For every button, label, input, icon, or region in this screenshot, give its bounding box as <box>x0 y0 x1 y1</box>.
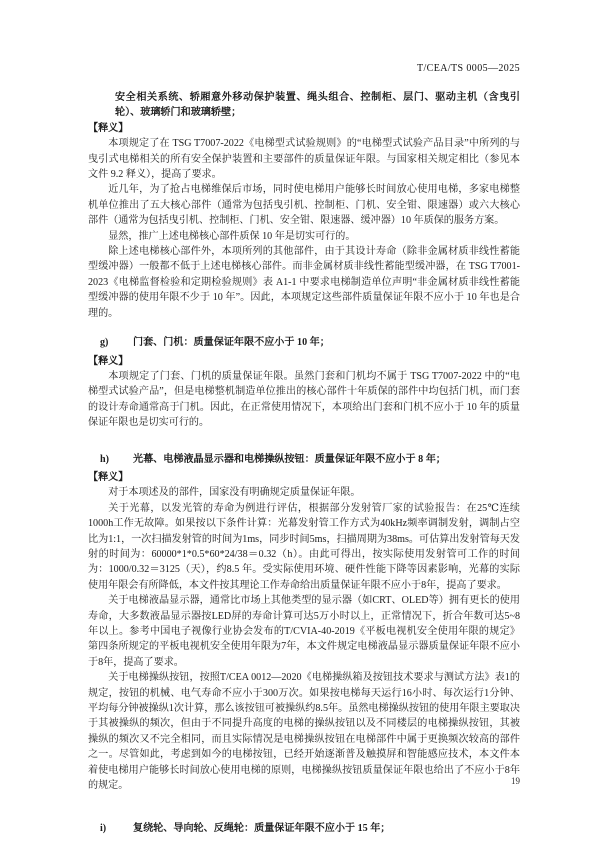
paragraph-lcd-display: 关于电梯液晶显示器，通常比市场上其他类型的显示器（如CRT、OLED等）拥有更长… <box>88 593 520 670</box>
list-item-i-text: 复绕轮、导向轮、反绳轮：质量保证年限不应小于 15 年； <box>133 823 390 834</box>
page-number: 19 <box>511 776 520 786</box>
list-item-i-label: i) <box>100 821 133 836</box>
paragraph-control-buttons: 关于电梯操纵按钮，按照T/CEA 0012—2020《电梯操纵箱及按钮技术要求与… <box>88 670 520 793</box>
list-item-i: i)复绕轮、导向轮、反绳轮：质量保证年限不应小于 15 年； <box>88 821 520 836</box>
running-header-standard-number: T/CEA/TS 0005—2025 <box>417 63 520 74</box>
paragraph-recent-years: 近几年，为了抢占电梯维保后市场，同时使电梯用户能够长时间放心使用电梯，多家电梯整… <box>88 182 520 228</box>
interpretation-label: 【释义】 <box>88 354 520 369</box>
paragraph-light-curtain: 关于光幕，以发光管的寿命为例进行评估，根据部分发射管厂家的试验报告：在25℃连续… <box>88 501 520 593</box>
interpretation-label: 【释义】 <box>88 470 520 485</box>
interpretation-label: 【释义】 <box>88 121 520 136</box>
list-item-g-text: 门套、门机：质量保证年限不应小于 10 年； <box>133 337 330 348</box>
paragraph-no-regulation: 对于本项述及的部件，国家没有明确规定质量保证年限。 <box>88 485 520 500</box>
paragraph-other-parts: 除上述电梯核心部件外，本项所列的其他部件，由于其设计寿命（除非金属材质非线性蓄能… <box>88 244 520 321</box>
list-item-g: g)门套、门机：质量保证年限不应小于 10 年； <box>88 335 520 350</box>
list-item-f-continuation: 安全相关系统、轿厢意外移动保护装置、绳头组合、控制柜、层门、驱动主机（含曳引轮）… <box>88 90 520 121</box>
paragraph-obvious: 显然，推广上述电梯核心部件质保 10 年是切实可行的。 <box>88 229 520 244</box>
document-body: 安全相关系统、轿厢意外移动保护装置、绳头组合、控制柜、层门、驱动主机（含曳引轮）… <box>88 90 520 840</box>
document-page: T/CEA/TS 0005—2025 安全相关系统、轿厢意外移动保护装置、绳头组… <box>0 0 600 848</box>
paragraph-scope: 本项规定了在 TSG T7007-2022《电梯型式试验规则》的“电梯型式试验产… <box>88 136 520 182</box>
paragraph-door: 本项规定了门套、门机的质量保证年限。虽然门套和门机均不属于 TSG T7007-… <box>88 369 520 431</box>
list-item-h-text: 光幕、电梯液晶显示器和电梯操纵按钮：质量保证年限不应小于 8 年； <box>133 454 446 465</box>
list-item-g-label: g) <box>100 335 133 350</box>
list-item-h-label: h) <box>100 452 133 467</box>
list-item-h: h)光幕、电梯液晶显示器和电梯操纵按钮：质量保证年限不应小于 8 年； <box>88 452 520 467</box>
